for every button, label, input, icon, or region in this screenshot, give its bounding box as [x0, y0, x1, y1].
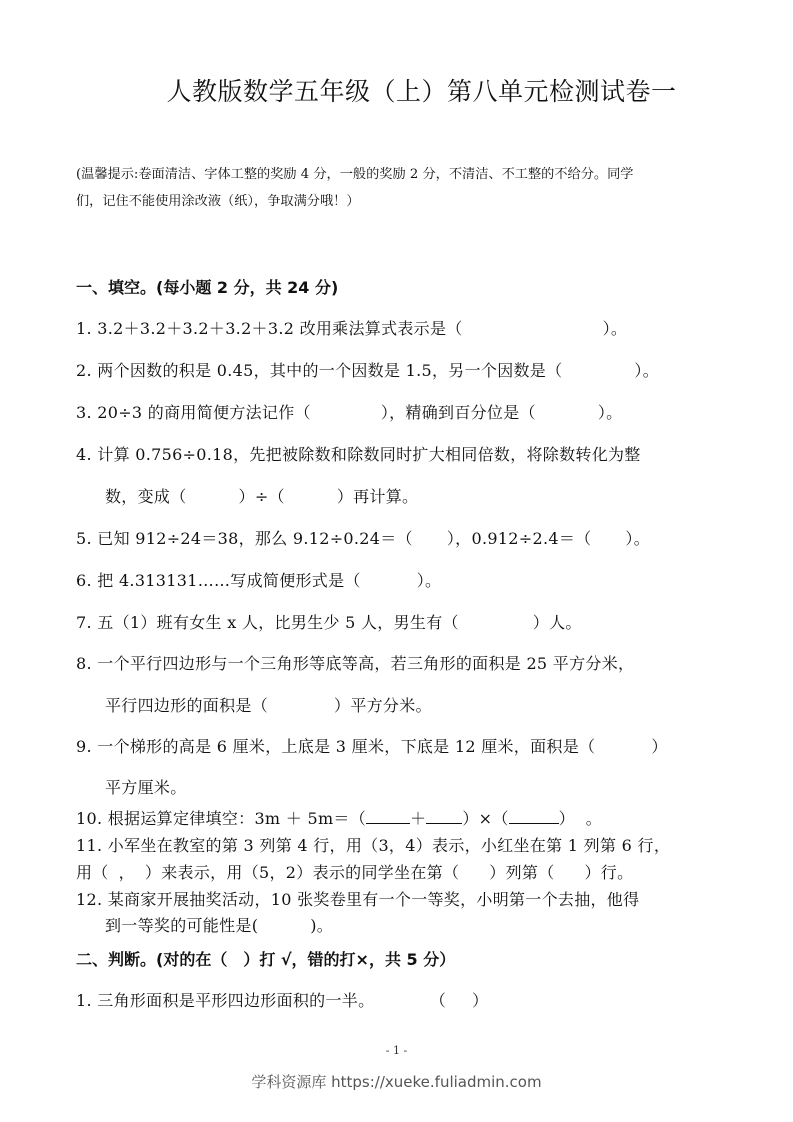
question-12: 12. 某商家开展抽奖活动，10 张奖卷里有一个一等奖，小明第一个去抽，他得: [76, 887, 639, 910]
answer-blank[interactable]: [426, 809, 462, 824]
question-number: 9.: [76, 737, 92, 756]
question-text: 计算 0.756÷0.18，先把被除数和除数同时扩大相同倍数，将除数转化为整: [97, 445, 640, 464]
question-number: 1.: [76, 319, 92, 338]
question-text: 20÷3 的商用简便方法记作（: [97, 403, 311, 422]
question-4-continued: 数，变成（）÷（）再计算。: [105, 484, 418, 507]
page-number: - 1 -: [0, 1044, 793, 1057]
question-1: 1. 3.2＋3.2＋3.2＋3.2＋3.2 改用乘法算式表示是（）。: [76, 316, 627, 339]
question-9-continued: 平方厘米。: [105, 775, 187, 798]
question-text: 根据运算定律填空：3m ＋ 5m＝（: [108, 809, 366, 828]
question-7: 7. 五（1）班有女生 x 人，比男生少 5 人，男生有（）人。: [76, 610, 582, 633]
question-text: 小军坐在教室的第 3 列第 4 行，用（3，4）表示，小红坐在第 1 列第 6 …: [108, 836, 670, 855]
section-1-heading: 一、填空。(每小题 2 分，共 24 分): [76, 275, 338, 298]
question-number: 7.: [76, 613, 92, 632]
question-number: 8.: [76, 654, 92, 673]
question-text: 把 4.313131……写成简便形式是（: [97, 571, 360, 590]
judge-question-1: 1. 三角形面积是平形四边形面积的一半。 （）: [76, 988, 488, 1011]
tip-line-1: (温馨提示:卷面清洁、字体工整的奖励 4 分，一般的奖励 2 分，不清洁、不工整…: [76, 163, 633, 182]
question-number: 5.: [76, 529, 92, 548]
question-9: 9. 一个梯形的高是 6 厘米，上底是 3 厘米，下底是 12 厘米，面积是（）: [76, 734, 668, 757]
question-4: 4. 计算 0.756÷0.18，先把被除数和除数同时扩大相同倍数，将除数转化为…: [76, 442, 641, 465]
question-5: 5. 已知 912÷24＝38，那么 9.12÷0.24＝（），0.912÷2.…: [76, 526, 650, 549]
question-10: 10. 根据运算定律填空：3m ＋ 5m＝（＋）×（） 。: [76, 806, 602, 829]
question-number: 11.: [76, 836, 102, 855]
question-text: 3.2＋3.2＋3.2＋3.2＋3.2 改用乘法算式表示是（: [97, 319, 462, 338]
question-number: 6.: [76, 571, 92, 590]
question-text: 两个因数的积是 0.45，其中的一个因数是 1.5，另一个因数是（: [97, 361, 562, 380]
question-11: 11. 小军坐在教室的第 3 列第 4 行，用（3，4）表示，小红坐在第 1 列…: [76, 833, 670, 856]
page-title: 人教版数学五年级（上）第八单元检测试卷一: [0, 72, 793, 108]
question-text: 一个梯形的高是 6 厘米，上底是 3 厘米，下底是 12 厘米，面积是（: [97, 737, 595, 756]
question-number: 1.: [76, 991, 92, 1010]
question-11-continued: 用（，）来表示，用（5，2）表示的同学坐在第（）列第（）行。: [76, 860, 633, 883]
answer-blank[interactable]: [509, 809, 559, 824]
question-number: 10.: [76, 809, 102, 828]
question-text: 一个平行四边形与一个三角形等底等高，若三角形的面积是 25 平方分米，: [97, 654, 634, 673]
question-text: 某商家开展抽奖活动，10 张奖卷里有一个一等奖，小明第一个去抽，他得: [108, 890, 640, 909]
question-number: 4.: [76, 445, 92, 464]
section-2-heading: 二、判断。(对的在（ ）打 √，错的打×，共 5 分）: [76, 947, 455, 970]
question-number: 12.: [76, 890, 102, 909]
question-6: 6. 把 4.313131……写成简便形式是（）。: [76, 568, 441, 591]
question-12-continued: 到一等奖的可能性是()。: [105, 913, 333, 936]
footer-watermark: 学科资源库 https://xueke.fuliadmin.com: [0, 1071, 793, 1092]
question-number: 3.: [76, 403, 92, 422]
question-text: 三角形面积是平形四边形面积的一半。: [97, 991, 374, 1010]
question-text: 五（1）班有女生 x 人，比男生少 5 人，男生有（: [97, 613, 459, 632]
question-text: 已知 912÷24＝38，那么 9.12÷0.24＝（: [97, 529, 413, 548]
question-8: 8. 一个平行四边形与一个三角形等底等高，若三角形的面积是 25 平方分米，: [76, 651, 634, 674]
tip-line-2: 们，记住不能使用涂改液（纸），争取满分哦！）: [76, 190, 360, 209]
question-number: 2.: [76, 361, 92, 380]
question-2: 2. 两个因数的积是 0.45，其中的一个因数是 1.5，另一个因数是（）。: [76, 358, 659, 381]
question-8-continued: 平行四边形的面积是（）平方分米。: [105, 693, 432, 716]
answer-blank[interactable]: [366, 809, 410, 824]
question-3: 3. 20÷3 的商用简便方法记作（），精确到百分位是（）。: [76, 400, 622, 423]
